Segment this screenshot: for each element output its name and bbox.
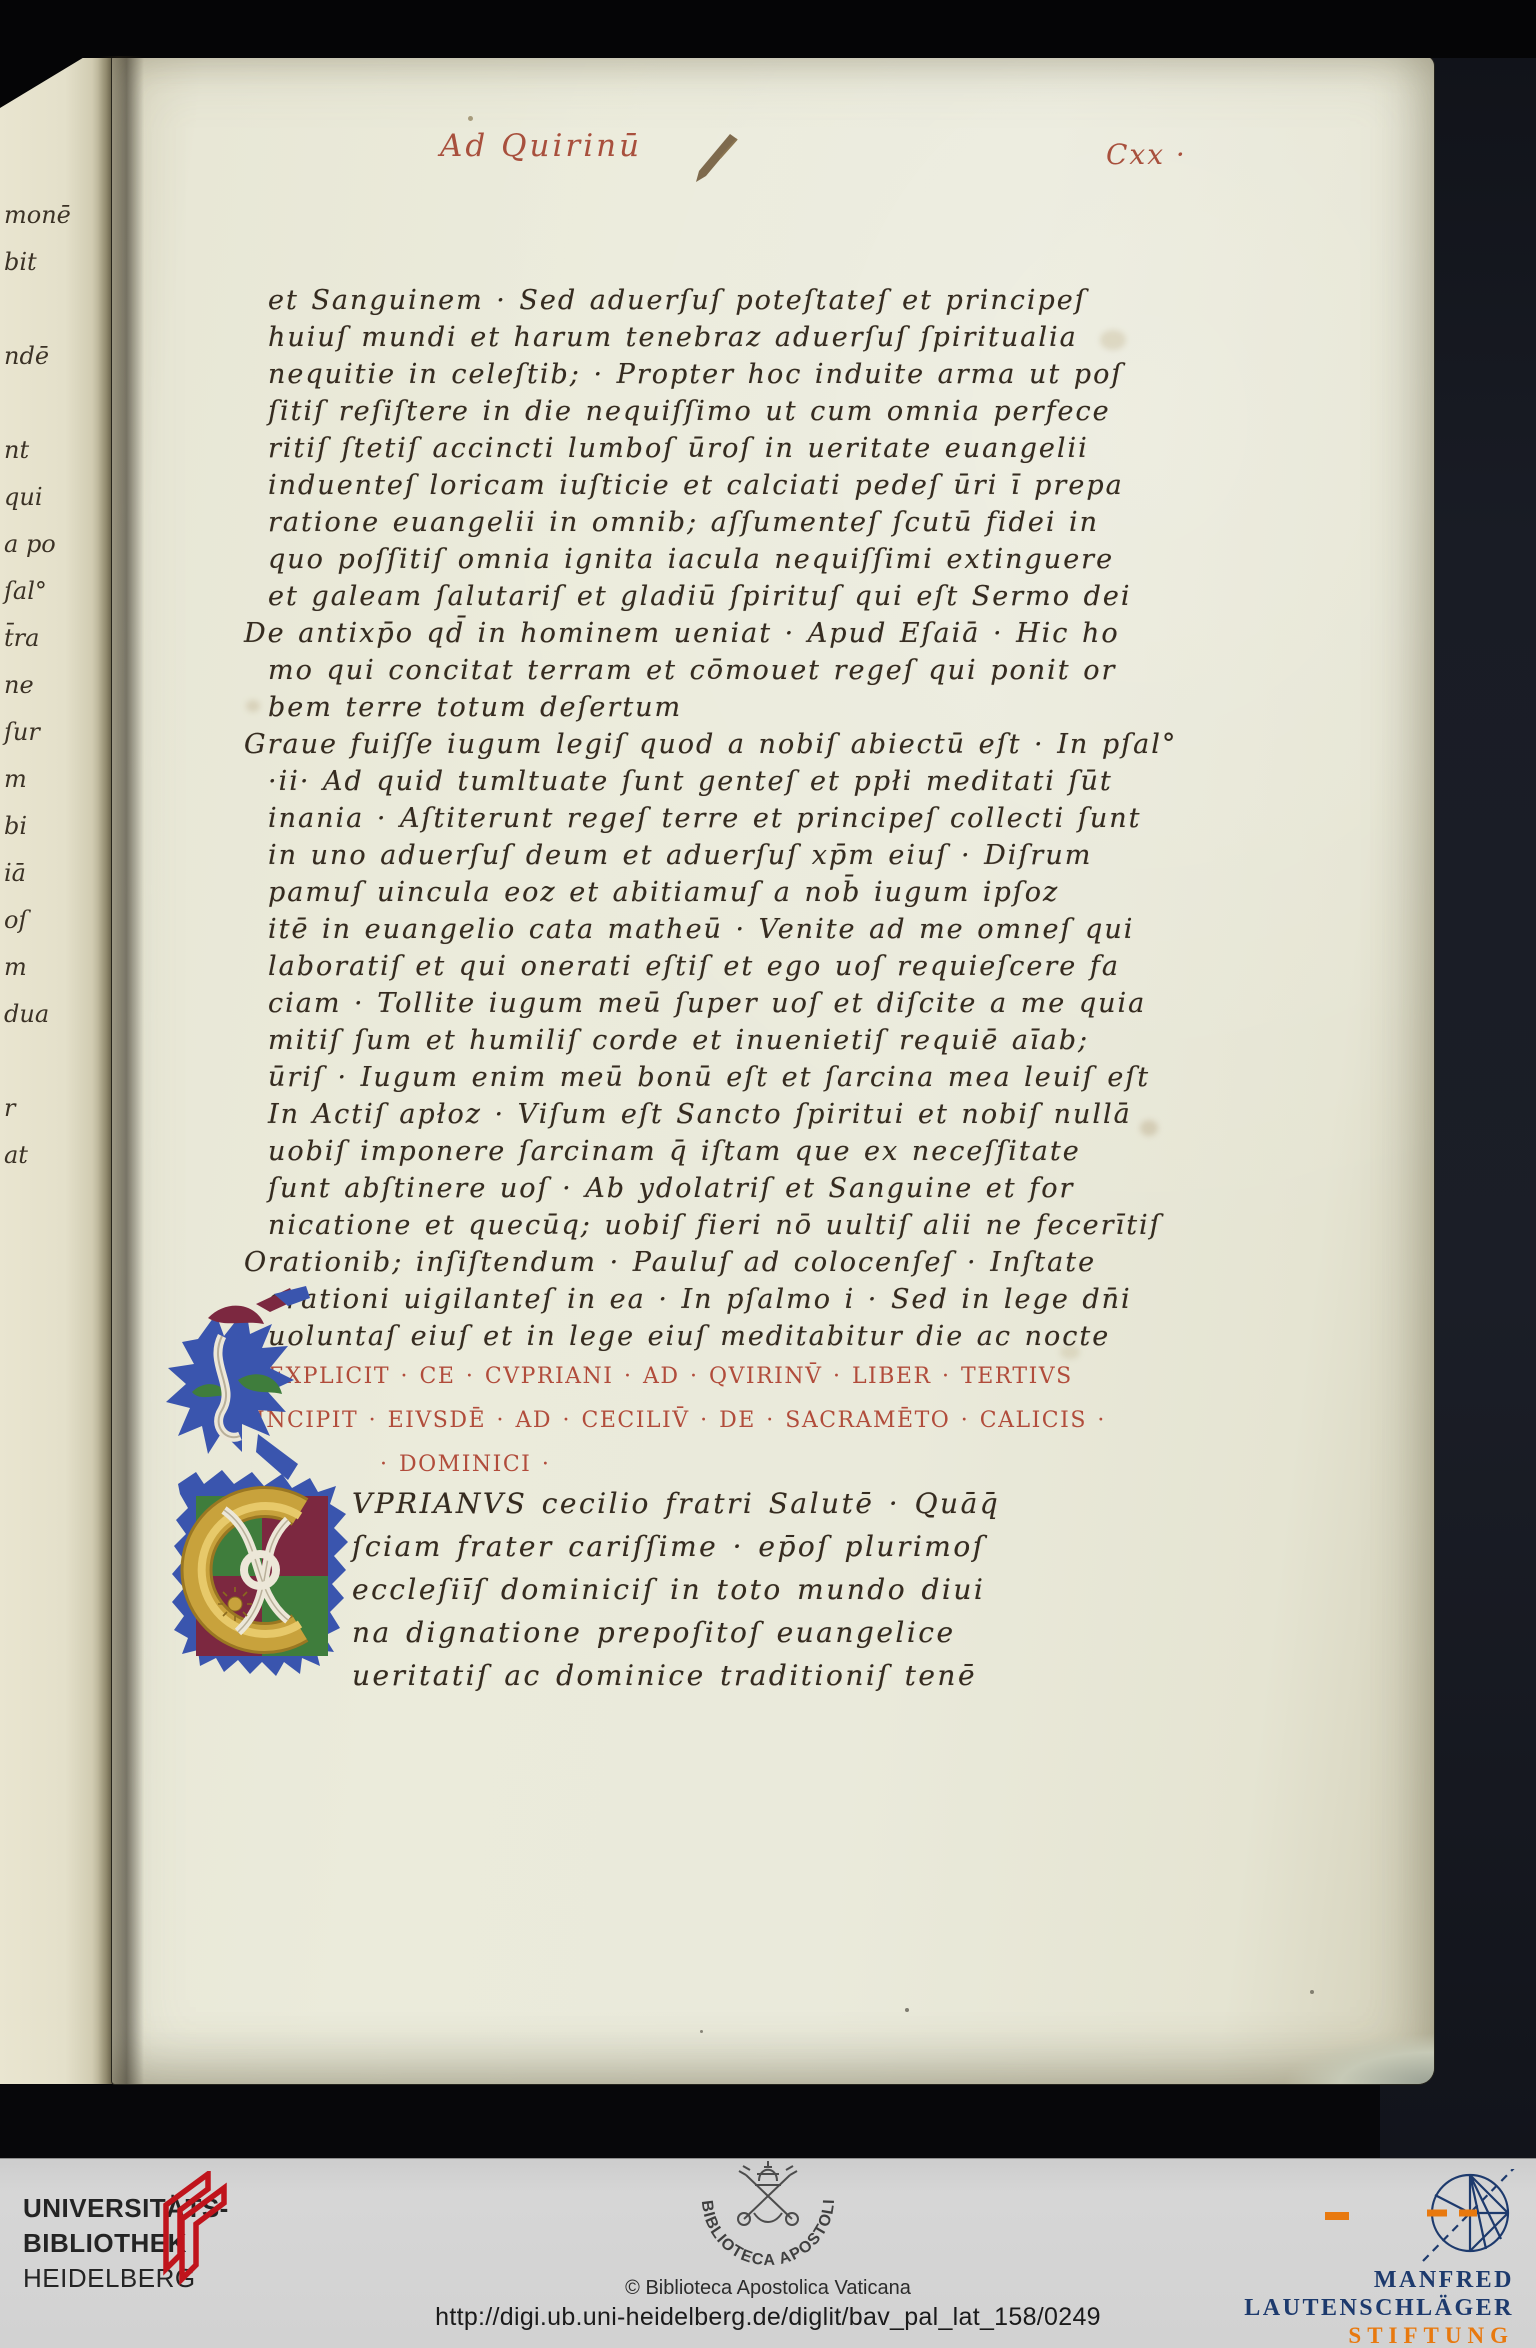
- margin-fragment: [4, 286, 90, 333]
- manuscript-line: ·ii· Ad quid tumltuate ſunt genteſ et pp…: [268, 763, 1128, 800]
- manuscript-line: orationi uigilanteſ in ea · In pſalmo i …: [268, 1281, 1128, 1318]
- speck: [700, 2030, 703, 2033]
- vatican-arc-text: BIBLIOTECA APOSTOLICA VATICANA: [618, 2159, 838, 2269]
- stain: [246, 700, 260, 712]
- manuscript-line: in uno aduerſuſ deum et aduerſuſ xp̄m ei…: [268, 837, 1128, 874]
- manuscript-line: ūriſ · Iugum enim meū bonū eſt et ſarcin…: [268, 1059, 1128, 1096]
- manuscript-line: uobiſ imponere ſarcinam q̄ iſtam que ex …: [268, 1133, 1128, 1170]
- stain: [1140, 1120, 1158, 1136]
- manuscript-line: Graue fuiſſe iugum legiſ quod a nobiſ ab…: [244, 726, 1128, 763]
- margin-fragment: dua: [4, 991, 90, 1038]
- margin-fragment: qui: [4, 474, 90, 521]
- speck: [1310, 1990, 1314, 1994]
- manuscript-line: nequitie in celeſtib; · Propter hoc indu…: [268, 356, 1128, 393]
- gutter-shadow: [98, 56, 144, 2084]
- ml-orange-dash: [1325, 2212, 1349, 2220]
- manuscript-line: et Sanguinem · Sed aduerſuſ poteſtateſ e…: [268, 282, 1128, 319]
- manuscript-line: ciam · Tollite iugum meū ſuper uoſ et di…: [268, 985, 1128, 1022]
- vatican-library-logo: BIBLIOTECA APOSTOLICA VATICANA: [618, 2159, 918, 2275]
- incipit-line: ſciam frater cariſſime · ep̄oſ plurimoſ: [352, 1525, 1142, 1568]
- incipit-line: ueritatiſ ac dominice traditioniſ tenē: [352, 1654, 1142, 1697]
- manuscript-line: De antixp̄o qd̄ in hominem ueniat · Apud…: [244, 615, 1128, 652]
- footer-bar: UNIVERSITÄTS- BIBLIOTHEK HEIDELBERG BIBL…: [0, 2158, 1536, 2348]
- margin-fragment: ne: [4, 662, 90, 709]
- manuscript-line: laboratiſ et qui onerati eſtiſ et ego uo…: [268, 948, 1128, 985]
- margin-fragment: iā: [4, 850, 90, 897]
- ml-line1: MANFRED: [1374, 2267, 1514, 2294]
- manuscript-line: huiuſ mundi et harum tenebraz aduerſuſ ſ…: [268, 319, 1128, 356]
- manuscript-line: ratione euangelii in omnib; aſſumenteſ ſ…: [268, 504, 1128, 541]
- running-title: Ad Quirinū: [440, 128, 642, 164]
- manuscript-line: induenteſ loricam iuſticie et calciati p…: [268, 467, 1128, 504]
- margin-fragment: m: [4, 756, 90, 803]
- manuscript-line: In Actiſ apłoz · Viſum eſt Sancto ſpirit…: [268, 1096, 1128, 1133]
- folio-number: Cxx ·: [1106, 138, 1187, 171]
- margin-fragment: [4, 1038, 90, 1085]
- margin-fragment: t̄ra: [4, 615, 90, 662]
- margin-fragment: oſ: [4, 897, 90, 944]
- margin-fragment: m: [4, 944, 90, 991]
- manuscript-line: pamuſ uincula eoz et abitiamuſ a nob̄ iu…: [268, 874, 1128, 911]
- manuscript-line: itē in euangelio cata matheū · Venite ad…: [268, 911, 1128, 948]
- manuscript-line: EXPLICIT · CE · CVPRIANI · AD · QVIRINV̄…: [268, 1355, 1128, 1399]
- manuscript-line: mo qui concitat terram et cōmouet regeſ …: [268, 652, 1128, 689]
- manuscript-line: bem terre totum deſertum: [268, 689, 1128, 726]
- margin-fragment: ndē: [4, 333, 90, 380]
- manuscript-line: ritiſ ſtetiſ accincti lumboſ ūroſ in uer…: [268, 430, 1128, 467]
- page-corner-curl: [1274, 2020, 1434, 2084]
- manuscript-line: · DOMINICI ·: [380, 1443, 1128, 1487]
- margin-fragment: a po: [4, 521, 90, 568]
- facing-page-fragments: monēbit ndē ntquia poſal°t̄raneſurmbiiāo…: [4, 192, 90, 1179]
- manuscript-line: Orationib; inſiſtendum · Pauluſ ad coloc…: [244, 1244, 1128, 1281]
- manuscript-line: inania · Aſtiterunt regeſ terre et princ…: [268, 800, 1128, 837]
- incipit-line: eccleſiīſ dominiciſ in toto mundo diui: [352, 1568, 1142, 1611]
- incipit-paragraph: VPRIANVS cecilio fratri Salutē · Quāq̄ſc…: [352, 1482, 1142, 1697]
- ml-stiftung-logo-mark: [1413, 2169, 1519, 2269]
- margin-fragment: ſur: [4, 709, 90, 756]
- margin-fragment: bi: [4, 803, 90, 850]
- margin-fragment: r: [4, 1085, 90, 1132]
- ub-heidelberg-book-icon: [152, 2171, 234, 2285]
- margin-fragment: monē: [4, 192, 90, 239]
- manuscript-text-block: et Sanguinem · Sed aduerſuſ poteſtateſ e…: [268, 282, 1128, 1487]
- manuscript-line: INCIPIT · EIVSDĒ · AD · CECILIV̄ · DE · …: [256, 1399, 1128, 1443]
- manuscript-line: ſunt abſtinere uoſ · Ab ydolatriſ et San…: [268, 1170, 1128, 1207]
- ink-smudge: [690, 130, 742, 186]
- ink-speck: [468, 116, 473, 121]
- manuscript-line: ſitiſ reſiſtere in die nequiſſimo ut cum…: [268, 393, 1128, 430]
- ml-line2: LAUTENSCHLÄGER: [1244, 2295, 1514, 2322]
- margin-fragment: nt: [4, 427, 90, 474]
- margin-fragment: [4, 380, 90, 427]
- manuscript-photo: monēbit ndē ntquia poſal°t̄raneſurmbiiāo…: [0, 0, 1536, 2158]
- margin-fragment: bit: [4, 239, 90, 286]
- svg-text:BIBLIOTECA APOSTOLICA VATICANA: BIBLIOTECA APOSTOLICA VATICANA: [618, 2159, 838, 2269]
- illuminated-initial-C: [138, 1284, 370, 1686]
- margin-fragment: at: [4, 1132, 90, 1179]
- manuscript-line: nicatione et quecūq; uobiſ fieri nō uult…: [268, 1207, 1128, 1244]
- incipit-line: VPRIANVS cecilio fratri Salutē · Quāq̄: [352, 1482, 1142, 1525]
- manuscript-line: quo poſſitiſ omnia ignita iacula nequiſſ…: [268, 541, 1128, 578]
- ml-line3: STIFTUNG: [1348, 2323, 1514, 2348]
- speck: [905, 2008, 909, 2012]
- manuscript-line: et galeam ſalutariſ et gladiū ſpirituſ q…: [268, 578, 1128, 615]
- manuscript-line: mitiſ ſum et humiliſ corde et inuenietiſ…: [268, 1022, 1128, 1059]
- manuscript-line: uoluntaſ eiuſ et in lege eiuſ meditabitu…: [268, 1318, 1128, 1355]
- photo-top-black-band: [0, 0, 1536, 58]
- incipit-line: na dignatione prepoſitoſ euangelice: [352, 1611, 1142, 1654]
- margin-fragment: ſal°: [4, 568, 90, 615]
